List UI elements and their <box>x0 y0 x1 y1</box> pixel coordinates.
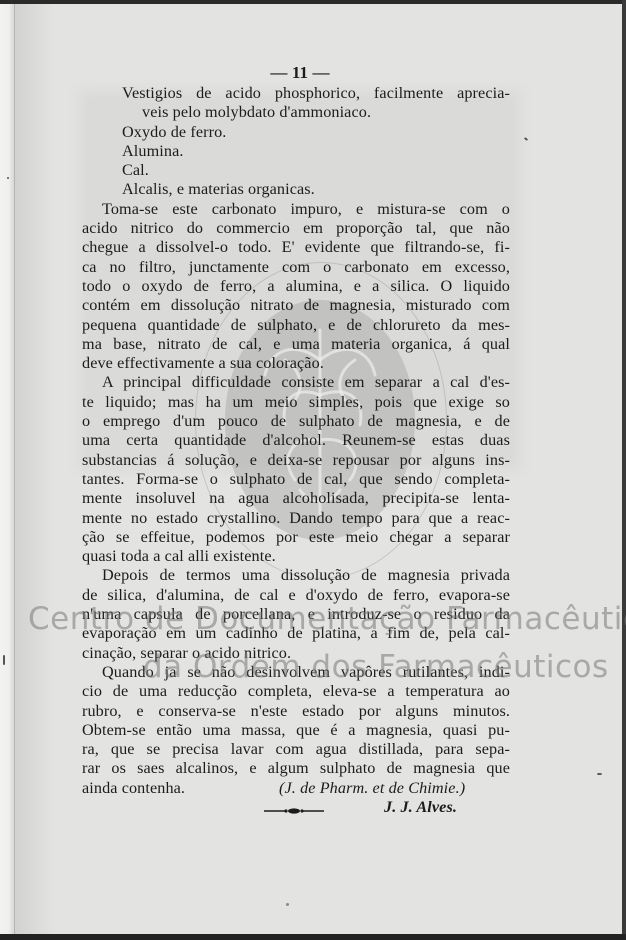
paragraph-line: rubro, e conserva-se n'este estado por a… <box>82 702 510 721</box>
document-body: — 11 — Vestigios de acido phosphorico, f… <box>82 62 510 820</box>
list-item: Alcalis, e materias organicas. <box>82 180 510 199</box>
paragraph-line: Obtem-se então uma massa, que é a magnes… <box>82 721 510 740</box>
paragraph-line: acido nitrico do commercio em proporção … <box>82 219 510 238</box>
spine-shadow <box>14 4 54 934</box>
paragraph-line: Quando ja se não desinvolvem vapôres rut… <box>82 663 510 682</box>
paragraph-line: ção se effeitue, podemos por este meio c… <box>82 528 510 547</box>
scanned-page: — 11 — Vestigios de acido phosphorico, f… <box>0 0 626 940</box>
paragraph-line: tantes. Forma-se o sulphato de cal, que … <box>82 470 510 489</box>
page-bottom-border <box>0 934 626 940</box>
paragraph-line: Toma-se este carbonato impuro, e mistura… <box>82 200 510 219</box>
book-spine-edge <box>0 4 15 934</box>
composition-list: Vestigios de acido phosphorico, facilmen… <box>82 84 510 200</box>
paragraph-line: ca no filtro, junctamente com o carbonat… <box>82 258 510 277</box>
paragraph-line: mente insoluvel na agua alcoholisada, pr… <box>82 489 510 508</box>
paragraph: Quando ja se não desinvolvem vapôres rut… <box>82 663 510 779</box>
page-top-border <box>0 0 626 4</box>
paragraph-line: substancias á solução, e deixa-se repous… <box>82 451 510 470</box>
paragraph-line: Depois de termos uma dissolução de magne… <box>82 566 510 585</box>
author-signature: J. J. Alves. <box>384 798 457 817</box>
paragraph-line: ra, que se precisa lavar com agua distil… <box>82 740 510 759</box>
paragraph-line: ma base, nitrato de cal, e uma materia o… <box>82 335 510 354</box>
paragraph-line: mente no estado crystallino. Dando tempo… <box>82 509 510 528</box>
list-item-continuation: veis pelo molybdato d'ammoniaco. <box>82 103 510 122</box>
source-citation: (J. de Pharm. et de Chimie.) <box>279 779 465 798</box>
paragraph-line: todo o oxydo de ferro, a alumina, e a si… <box>82 277 510 296</box>
scan-speck <box>286 903 289 906</box>
paragraph-line: de silica, d'alumina, de cal e d'oxydo d… <box>82 586 510 605</box>
paragraph-line: cinação, separar o acido nitrico. <box>82 644 510 663</box>
paragraph: Depois de termos uma dissolução de magne… <box>82 566 510 662</box>
paragraph-line: A principal difficuldade consiste em sep… <box>82 373 510 392</box>
paragraph-line: rar os saes alcalinos, e algum sulphato … <box>82 759 510 778</box>
paragraph-line: cio de uma reducção completa, eleva-se a… <box>82 682 510 701</box>
page-number: — 11 — <box>90 62 510 84</box>
scan-speck <box>597 773 602 775</box>
scan-speck <box>524 137 528 141</box>
list-item: Oxydo de ferro. <box>82 123 510 142</box>
closing-row: ainda contenha. (J. de Pharm. et de Chim… <box>82 779 510 798</box>
separator-ornament-icon <box>264 808 324 814</box>
paragraph-line: te liquido; mas ha um meio simples, pois… <box>82 393 510 412</box>
paragraph-line: chegue a dissolvel-o todo. E' evidente q… <box>82 238 510 257</box>
paragraph-line: evaporação em um cadinho de platina, a f… <box>82 624 510 643</box>
paragraph-line: uma certa quantidade d'alcohol. Reunem-s… <box>82 431 510 450</box>
paragraph-line: pequena quantidade de sulphato, e de chl… <box>82 316 510 335</box>
paragraph-line: o emprego d'um pouco de sulphato de magn… <box>82 412 510 431</box>
paragraph-line: quasi toda a cal alli existente. <box>82 547 510 566</box>
scan-speck <box>7 177 9 179</box>
paragraph: Toma-se este carbonato impuro, e mistura… <box>82 200 510 374</box>
paragraph: A principal difficuldade consiste em sep… <box>82 373 510 566</box>
paragraph-line: deve effectivamente a sua coloração. <box>82 354 510 373</box>
page-right-border <box>622 0 626 940</box>
list-item: Alumina. <box>82 142 510 161</box>
signature-row: J. J. Alves. <box>82 798 510 820</box>
paragraph-line: n'uma capsula de porcellana, e introduz-… <box>82 605 510 624</box>
paragraph-line: contém em dissolução nitrato de magnesia… <box>82 296 510 315</box>
list-item: Vestigios de acido phosphorico, facilmen… <box>82 84 510 103</box>
closing-line: ainda contenha. <box>82 779 185 798</box>
list-item: Cal. <box>82 161 510 180</box>
scan-speck <box>3 655 5 665</box>
